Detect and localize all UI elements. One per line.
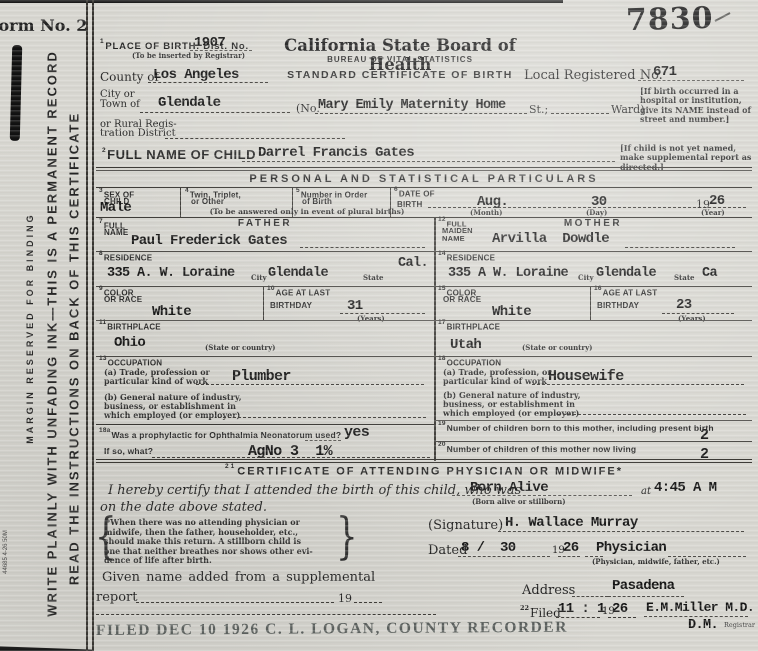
supplemental-line-1: Given name added from a supplemental <box>102 570 375 585</box>
dated-year-line <box>558 556 580 557</box>
cell-divider <box>263 287 264 320</box>
dated-line <box>458 556 550 557</box>
registrar-name-value: E.M.Miller M.D. <box>646 600 754 615</box>
dated-year-value: 26 <box>563 540 579 556</box>
rule <box>96 170 752 171</box>
signature-label: (Signature) <box>428 518 503 533</box>
mother-state-value: Ca <box>702 266 717 281</box>
rule <box>96 286 752 287</box>
signature-line <box>498 531 744 532</box>
mother-birthplace-value: Utah <box>450 337 481 353</box>
torn-edge-top <box>0 0 563 3</box>
if-so-label: If so, what? <box>104 447 153 456</box>
prophylactic-line <box>305 440 341 441</box>
rule <box>96 251 752 252</box>
registrar-initials-value: D.M. <box>688 618 718 633</box>
capacity-value: Physician <box>596 540 666 556</box>
recorder-stamp: FILED DEC 10 1926 C. L. LOGAN, COUNTY RE… <box>96 618 656 640</box>
sex-value: Male <box>100 200 131 216</box>
mother-occ-b-line <box>558 414 746 415</box>
prophylactic-value: yes <box>344 424 369 441</box>
at-label: at <box>641 486 651 497</box>
dated-value: 8 / 30 <box>461 540 516 556</box>
rule <box>96 356 752 357</box>
child-name-label: 2FULL NAME OF CHILD <box>102 147 256 162</box>
mother-age-label: 16AGE AT LAST <box>594 288 657 298</box>
father-section-header: FATHER <box>96 218 434 229</box>
street-label: St.; <box>529 103 548 116</box>
rule <box>96 424 434 425</box>
father-birthplace-label: 11BIRTHPLACE <box>99 322 161 332</box>
county-value: Los Angeles <box>153 67 239 83</box>
father-occ-b-line <box>218 417 426 418</box>
margin-rule-inner <box>92 0 94 651</box>
city-line <box>140 112 290 113</box>
local-registered-line <box>638 80 744 81</box>
prophylactic-label: 18aWas a prophylactic for Ophthalmia Neo… <box>99 430 341 440</box>
mother-occupation-value: Housewife <box>548 368 624 385</box>
filed-date-value: 11 : 1 <box>558 601 605 617</box>
rule <box>96 462 752 463</box>
dob-label-2: BIRTH <box>397 201 422 209</box>
father-name-value: Paul Frederick Gates <box>131 233 287 249</box>
born-status-value: Born Alive <box>470 480 548 496</box>
address-lead-line <box>572 596 608 597</box>
town-of-label: Town of <box>100 99 140 110</box>
particulars-section-title: PERSONAL AND STATISTICAL PARTICULARS <box>96 173 752 185</box>
father-race-value: White <box>152 304 191 320</box>
mother-section-header: MOTHER <box>434 218 752 229</box>
father-age-value: 31 <box>347 298 363 314</box>
father-residence-value: 335 A. W. Loraine <box>107 266 235 281</box>
dob-day-caption: (Day) <box>586 208 607 217</box>
father-residence-label: 8RESIDENCE <box>99 253 152 263</box>
capacity-caption: (Physician, midwife, father, etc.) <box>592 557 720 566</box>
cell-divider <box>590 287 591 320</box>
father-state-value: Cal. <box>398 256 428 271</box>
father-occ-a-line <box>196 384 424 385</box>
birth-certificate: Form No. 2 MARGIN RESERVED FOR BINDING W… <box>0 0 758 651</box>
note-brace-right: } <box>336 512 358 561</box>
father-race-label-2: OR RACE <box>104 296 142 304</box>
dob-year-caption: (Year) <box>701 208 725 217</box>
father-state-label: State <box>363 273 384 282</box>
supplemental-year-line <box>354 602 382 603</box>
address-value: Pasadena <box>612 578 674 594</box>
born-status-caption: (Born alive or stillborn) <box>472 497 566 506</box>
rule <box>434 420 752 421</box>
county-line <box>148 82 268 83</box>
father-name-label-2: NAME <box>104 229 128 237</box>
father-age-caption: (Years) <box>357 314 385 323</box>
born-status-line <box>452 495 632 496</box>
rule <box>96 320 752 321</box>
physician-section-title: 21CERTIFICATE OF ATTENDING PHYSICIAN OR … <box>96 465 752 478</box>
registrar-caption: Registrar <box>724 621 755 629</box>
signature-value: H. Wallace Murray <box>505 515 638 531</box>
supplemental-year: 19 <box>338 592 352 605</box>
registrar-line <box>644 616 748 617</box>
pen-tick <box>715 12 731 22</box>
children-living-label: 20Number of children of this mother now … <box>438 444 636 454</box>
if-so-line <box>152 457 430 458</box>
supplemental-line-2: report <box>96 590 138 605</box>
serial-number: 7830 <box>626 1 714 38</box>
rule <box>96 187 752 188</box>
torn-edge-bottom-left <box>0 644 92 651</box>
father-occ-b-3: which employed (or employer) <box>104 410 240 420</box>
mother-age-label-2: BIRTHDAY <box>597 302 639 310</box>
father-birthplace-caption: (State or country) <box>205 343 275 352</box>
supplemental-line <box>136 602 334 603</box>
unnamed-note: [If child is not yet named, make supplem… <box>620 144 753 172</box>
mother-city-label: City <box>578 273 594 282</box>
mother-residence-label: 14RESIDENCE <box>438 253 495 263</box>
dob-year-value: 26 <box>709 193 725 209</box>
time-value: 4:45 A M <box>654 480 716 496</box>
child-name-line <box>242 161 615 162</box>
mother-race-label-2: OR RACE <box>443 296 481 304</box>
mother-birthplace-label: 17BIRTHPLACE <box>438 322 500 332</box>
field-num: 2 <box>102 147 106 154</box>
father-city-value: Glendale <box>268 266 328 281</box>
physician-note-line-5: dence of life after birth. <box>104 556 212 565</box>
children-living-value: 2 <box>700 446 708 463</box>
hospital-note: [If birth occurred in a hospital or inst… <box>640 87 753 125</box>
margin-write-plainly-text: WRITE PLAINLY WITH UNFADING INK—THIS IS … <box>45 24 60 644</box>
city-value: Glendale <box>158 95 220 111</box>
mother-state-label: State <box>674 273 695 282</box>
father-name-line <box>300 247 425 248</box>
mother-name-label-3: NAME <box>442 235 465 243</box>
father-age-label-2: BIRTHDAY <box>270 302 312 310</box>
rural-line <box>165 138 345 139</box>
mother-birthplace-caption: (State or country) <box>522 343 592 352</box>
mother-race-value: White <box>492 304 531 320</box>
father-birthplace-value: Ohio <box>114 335 145 351</box>
rule <box>96 167 752 168</box>
print-code: 44685 4-26 50M <box>3 507 9 597</box>
rule <box>434 441 752 442</box>
mother-age-caption: (Years) <box>678 314 706 323</box>
margin-read-instructions-text: READ THE INSTRUCTIONS ON BACK OF THIS CE… <box>67 69 82 629</box>
district-no-value: 1907 <box>194 35 225 51</box>
local-registered-value: 671 <box>653 64 676 80</box>
address-label: Address <box>522 583 575 598</box>
plural-note: (To be answered only in event of plural … <box>180 207 434 216</box>
child-name-value: Darrel Francis Gates <box>258 145 414 161</box>
bureau-subtitle: BUREAU OF VITAL STATISTICS <box>280 55 520 64</box>
institution-line <box>315 113 527 114</box>
mother-occ-a-line <box>532 384 744 385</box>
father-occupation-value: Plumber <box>232 368 291 385</box>
father-occ-a-2: particular kind of work <box>104 376 208 386</box>
dob-label: 6DATE OF <box>394 189 435 199</box>
father-mother-divider <box>434 217 436 461</box>
certify-line-2: on the date above stated. <box>100 500 267 515</box>
mother-occ-b-3: which employed (or employer) <box>443 408 579 418</box>
address-line <box>608 596 684 597</box>
left-bottom-line <box>96 614 436 615</box>
mother-name-line <box>625 247 735 248</box>
father-city-label: City <box>251 273 267 282</box>
ward-line <box>551 113 609 114</box>
rule <box>96 459 752 460</box>
ink-blot-left <box>10 45 23 141</box>
margin-rule-outer <box>86 0 88 651</box>
registrar-insert-note: (To be inserted by Registrar) <box>132 51 245 60</box>
mother-name-value: Arvilla Dowdle <box>492 231 609 247</box>
dob-month-caption: (Month) <box>470 208 502 217</box>
mother-residence-value: 335 A W. Loraine <box>448 266 568 281</box>
mother-age-value: 23 <box>676 297 692 313</box>
institution-value: Mary Emily Maternity Home <box>318 98 506 113</box>
order-label-2: of Birth <box>302 198 332 206</box>
filed-year-value: 26 <box>612 601 628 617</box>
twin-label-2: or Other <box>191 198 224 206</box>
children-born-label: 19Number of children born to this mother… <box>438 423 714 433</box>
margin-binding-text: MARGIN RESERVED FOR BINDING <box>25 168 35 488</box>
standard-title: STANDARD CERTIFICATE OF BIRTH <box>285 69 515 81</box>
father-age-label: 10AGE AT LAST <box>267 288 330 298</box>
mother-city-value: Glendale <box>596 266 656 281</box>
field-num: 1 <box>100 38 104 45</box>
